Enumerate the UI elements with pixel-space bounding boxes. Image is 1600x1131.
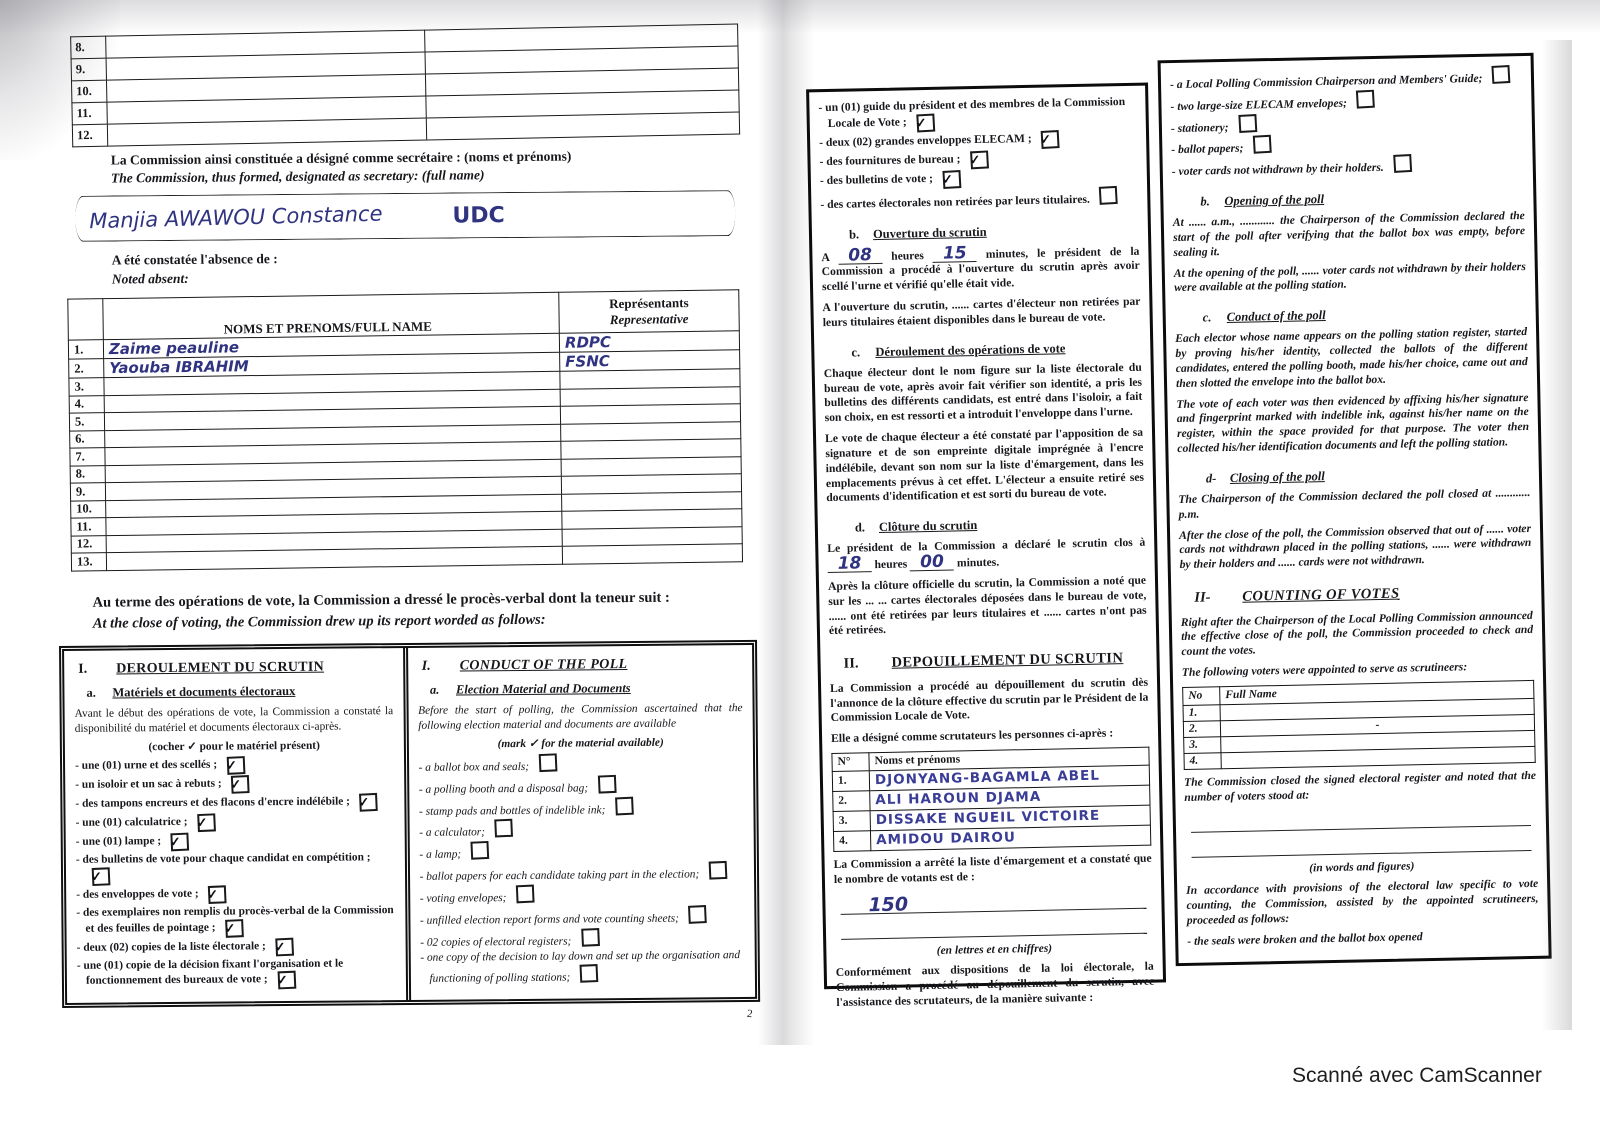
checklist-item: - un (01) guide du président et des memb… (818, 95, 1137, 134)
empty-cell (426, 112, 739, 140)
counting-paragraph1-en: Right after the Chairperson of the Local… (1181, 609, 1534, 661)
checklist-item: - une (01) urne et des scellés ; ✓ (75, 755, 394, 776)
scan-shadow-top (0, 0, 1600, 34)
mark-note-en: (mark ✓ for the material available) (418, 735, 743, 753)
closing-text-pre: Le président de la Commission a déclaré … (827, 536, 1145, 555)
row-number: 2. (1183, 721, 1220, 738)
hours-blank: 18 (827, 556, 871, 573)
scrutineers-table-en: No Full Name 1. 2. - (1182, 680, 1536, 770)
section-title-text: Déroulement des opérations de vote (875, 340, 1065, 360)
row-number: 6. (70, 430, 105, 448)
checklist-item-label: - un isoloir et un sac à rebuts ; (75, 777, 222, 790)
section-letter: d. (855, 519, 879, 535)
checkbox-icon (1492, 65, 1511, 84)
checkbox-icon (598, 775, 617, 794)
absent-members-table: NOMS ET PRENOMS/FULL NAME Représentants … (67, 289, 743, 571)
section-letter: c. (1203, 309, 1227, 325)
header-number: No (1183, 687, 1220, 706)
intro-paragraph-en: Before the start of polling, the Commiss… (418, 701, 743, 733)
checklist-item-label: - une (01) calculatrice ; (76, 816, 188, 829)
conform-paragraph-fr: Conformément aux dispositions de la loi … (836, 960, 1155, 1011)
voters-count-field: 150 (840, 887, 1146, 914)
checklist-item-label: - a lamp; (419, 849, 461, 861)
checkbox-icon: ✓ (359, 793, 378, 812)
row-number: 4. (1184, 753, 1221, 770)
checklist-item: - a lamp; (419, 839, 744, 863)
empty-cell (107, 118, 426, 146)
scrutineers-table-fr: N° Noms et prénoms 1. DJONYANG-BAGAMLA A… (831, 747, 1151, 852)
opening-paragraph2-fr: A l'ouverture du scrutin, ...... cartes … (822, 295, 1141, 331)
closing-text-word: heures (874, 558, 907, 572)
checklist-item-label: - des cartes électorales non retirées pa… (820, 193, 1090, 211)
row-number: 2. (833, 791, 870, 812)
subsection-title-fr: a. Matériels et documents électoraux (86, 682, 393, 701)
closing-heading-fr: d. Clôture du scrutin (855, 514, 1145, 536)
hours-blank: 08 (838, 248, 882, 265)
row-number: 8. (70, 465, 105, 483)
voters-count-field-en-2 (1191, 830, 1531, 858)
checklist-item: - des exemplaires non remplis du procès-… (76, 903, 395, 939)
checklist-item: - des enveloppes de vote ; ✓ (76, 884, 395, 905)
checklist-item-label: - une (01) lampe ; (76, 835, 162, 848)
section-title-text: DEROULEMENT DU SCRUTIN (116, 659, 324, 679)
header-representative-en: Representative (565, 310, 734, 328)
counting-paragraph2-en: The following voters were appointed to s… (1182, 659, 1534, 681)
minutes-blank: 15 (933, 246, 977, 263)
checklist-item-label: - un (01) guide du président et des memb… (818, 95, 1125, 130)
section-letter: b. (1200, 193, 1224, 209)
section-letter: c. (851, 344, 875, 360)
checklist-item: - a calculator; (419, 817, 744, 841)
checklist-item-label: - 02 copies of electoral registers; (420, 935, 571, 948)
minutes-handwritten: 00 (920, 552, 944, 572)
absent-representative-handwritten: RDPC (559, 331, 739, 353)
section-title-text: Ouverture du scrutin (873, 223, 987, 241)
checkbox-icon (471, 841, 490, 860)
checklist-item: - stamp pads and bottles of indelible in… (419, 796, 744, 820)
checkbox-icon: ✓ (277, 971, 296, 990)
report-intro: Au terme des opérations de vote, la Comm… (93, 587, 763, 633)
row-number: 5. (69, 413, 104, 431)
right-page-french-column: - un (01) guide du président et des memb… (806, 83, 1166, 990)
checkbox-icon: ✓ (197, 813, 216, 832)
counting-paragraph2-fr: Elle a désigné comme scrutateurs les per… (831, 726, 1149, 747)
conduct-paragraph2-fr: Le vote de chaque électeur a été constat… (825, 426, 1144, 507)
section-letter: d- (1206, 470, 1230, 486)
intro-paragraph-fr: Avant le début des opérations de vote, l… (75, 704, 394, 736)
checklist-item-label: - deux (02) copies de la liste électoral… (77, 940, 266, 954)
voters-count-field-2 (841, 912, 1147, 939)
poll-box-english-column: I. CONDUCT OF THE POLL a. Election Mater… (408, 645, 756, 1000)
checkbox-icon (1393, 154, 1412, 173)
left-page: 8. 9. 10. (38, 27, 767, 1028)
checklist-item-label: - des bulletins de vote ; (820, 172, 933, 187)
section-number: I. (422, 657, 460, 676)
checkbox-icon: ✓ (171, 832, 190, 851)
header-number: N° (832, 753, 869, 772)
row-number: 1. (1183, 705, 1220, 722)
row-number: 4. (833, 831, 870, 852)
row-number: 2. (69, 359, 104, 378)
header-representative: Représentants Representative (559, 290, 740, 334)
row-number: 7. (70, 448, 105, 466)
checklist-item: - ballot papers for each candidate takin… (419, 861, 744, 885)
row-number: 3. (1184, 737, 1221, 754)
row-number: 12. (72, 124, 107, 147)
material-checklist-en: - a ballot box and seals; - a polling bo… (419, 752, 745, 987)
subsection-title-text: Matériels et documents électoraux (112, 683, 295, 701)
section-title-text: COUNTING OF VOTES (1242, 585, 1400, 607)
voters-count-handwritten: 150 (868, 893, 908, 916)
checkbox-icon: ✓ (916, 113, 935, 132)
section-title-text: Conduct of the poll (1227, 307, 1326, 325)
right-page-english-column: - a Local Polling Commission Chairperson… (1158, 53, 1552, 966)
voters-count-field-en (1191, 805, 1531, 833)
checkbox-icon: ✓ (1041, 130, 1060, 149)
checklist-item-label: - stationery; (1171, 121, 1229, 135)
material-checklist-continued-fr: - un (01) guide du président et des memb… (818, 95, 1138, 213)
right-page: - un (01) guide du président et des memb… (794, 51, 1565, 1011)
header-full-name: NOMS ET PRENOMS/FULL NAME (103, 292, 560, 339)
closing-heading-en: d- Closing of the poll (1206, 464, 1530, 486)
row-number: 1. (68, 340, 103, 359)
closing-paragraph-fr: Le président de la Commission a déclaré … (827, 536, 1146, 574)
checkbox-icon (1356, 90, 1375, 109)
checkbox-icon: ✓ (942, 170, 961, 189)
words-and-figures-caption-fr: (en lettres et en chiffres) (835, 939, 1153, 960)
checklist-item-label: - voter cards not withdrawn by their hol… (1172, 161, 1384, 178)
seals-line-en: - the seals were broken and the ballot b… (1187, 928, 1539, 950)
checkbox-icon: ✓ (275, 937, 294, 956)
checklist-item: - une (01) calculatrice ; ✓ (75, 812, 394, 833)
opening-text-pre: A (821, 251, 829, 264)
mark-note-fr: (cocher ✓ pour le matériel présent) (75, 738, 394, 756)
section-title-fr: I. DEROULEMENT DU SCRUTIN (78, 658, 393, 679)
checklist-item-label: - une (01) copie de la décision fixant l… (77, 957, 344, 987)
row-number: 10. (71, 80, 106, 103)
opening-heading-fr: b. Ouverture du scrutin (849, 220, 1139, 242)
section-title-text: Closing of the poll (1230, 468, 1325, 486)
material-checklist-continued-en: - a Local Polling Commission Chairperson… (1170, 65, 1524, 180)
checklist-item-label: - une (01) urne et des scellés ; (75, 759, 217, 772)
checkbox-icon: ✓ (227, 756, 246, 775)
secretary-name-field: Manjia AWAWOU Constance UDC (75, 191, 735, 243)
scrutineer-name-handwritten: AMIDOU DAIROU (870, 825, 1150, 851)
subsection-title-en: a. Election Material and Documents (430, 679, 743, 698)
checkbox-icon (580, 964, 599, 983)
checklist-item-label: - des bulletins de vote pour chaque cand… (76, 851, 371, 866)
camscanner-watermark: Scanné avec CamScanner (1292, 1064, 1542, 1088)
checklist-item-label: - two large-size ELECAM envelopes; (1170, 96, 1347, 113)
poll-box-french-column: I. DEROULEMENT DU SCRUTIN a. Matériels e… (64, 648, 411, 1003)
material-checklist-fr: - une (01) urne et des scellés ; ✓ - un … (75, 755, 396, 991)
section-title-text: DEPOUILLEMENT DU SCRUTIN (891, 649, 1123, 672)
checklist-item: - voting envelopes; (420, 883, 745, 907)
counting-paragraph1-fr: La Commission a procédé au dépouillement… (830, 675, 1149, 726)
conduct-heading-en: c. Conduct of the poll (1203, 303, 1527, 325)
subsection-letter: a. (430, 682, 456, 698)
opening-text-word: heures (891, 249, 924, 263)
minutes-handwritten: 15 (943, 243, 967, 263)
row-number: 11. (72, 102, 107, 125)
checklist-item: - a ballot box and seals; (419, 752, 744, 776)
row-number: 4. (69, 395, 104, 413)
checkbox-icon (688, 905, 707, 924)
checkbox-icon (1238, 114, 1257, 133)
conduct-paragraph2-en: The vote of each voter was then evidence… (1176, 391, 1529, 457)
absent-representative-handwritten (562, 544, 742, 564)
closing-text-post: minutes. (957, 556, 999, 570)
checkbox-icon (494, 819, 513, 838)
accordance-paragraph-en: In accordance with provisions of the ele… (1186, 877, 1539, 929)
checkbox-icon (1099, 186, 1118, 205)
conduct-heading-fr: c. Déroulement des opérations de vote (851, 339, 1141, 361)
checkbox-icon: ✓ (970, 150, 989, 169)
voters-count-line-fr: La Commission a arrêté la liste d'émarge… (834, 852, 1153, 888)
row-number: 8. (71, 36, 106, 59)
absent-representative-handwritten: FSNC (560, 350, 740, 372)
checklist-item-label: - a polling booth and a disposal bag; (419, 782, 588, 795)
opening-paragraph-fr: A 08 heures 15 minutes, le président de … (821, 242, 1140, 295)
row-number: 10. (71, 500, 106, 518)
row-number: 9. (71, 58, 106, 81)
conduct-paragraph1-fr: Chaque électeur dont le nom figure sur l… (824, 361, 1143, 427)
checkbox-icon (516, 884, 535, 903)
checklist-item-label: - a ballot box and seals; (419, 761, 530, 774)
row-number: 13. (71, 553, 106, 571)
secretary-party-handwritten: UDC (452, 203, 504, 228)
hours-handwritten: 18 (838, 553, 862, 573)
section-number: I. (78, 660, 116, 679)
subsection-title-text: Election Material and Documents (456, 680, 631, 698)
row-number: 9. (70, 483, 105, 501)
absence-note: A été constatée l'absence de : Noted abs… (112, 246, 760, 288)
checkbox-icon: ✓ (231, 775, 250, 794)
checkbox-icon (615, 796, 634, 815)
row-number: 3. (833, 811, 870, 832)
section-title-text: Clôture du scrutin (879, 517, 978, 535)
row-number: 11. (71, 518, 106, 536)
section-letter: b. (849, 226, 873, 242)
checklist-item: - 02 copies of electoral registers; (420, 927, 745, 951)
section-title-text: CONDUCT OF THE POLL (460, 656, 628, 676)
subsection-letter: a. (86, 685, 112, 701)
checklist-item-label: - des fournitures de bureau ; (819, 152, 960, 168)
section-number: II- (1194, 588, 1242, 608)
checkbox-icon (709, 861, 728, 880)
checklist-item: - unfilled election report forms and vot… (420, 905, 745, 929)
conduct-paragraph1-en: Each elector whose name appears on the p… (1175, 325, 1528, 391)
section-title-text: Opening of the poll (1224, 191, 1324, 209)
secretary-name-handwritten: Manjia AWAWOU Constance (89, 202, 383, 234)
conduct-of-poll-box: I. DEROULEMENT DU SCRUTIN a. Matériels e… (59, 640, 760, 1008)
opening-heading-en: b. Opening of the poll (1200, 187, 1524, 209)
register-paragraph-en: The Commission closed the signed elector… (1184, 769, 1537, 806)
counting-heading-fr: II. DEPOUILLEMENT DU SCRUTIN (843, 649, 1147, 674)
members-table-continued: 8. 9. 10. (70, 24, 740, 148)
opening-paragraph1-en: At ...... a.m., ............ the Chairpe… (1173, 209, 1526, 261)
section-number: II. (843, 654, 891, 674)
row-number: 1. (832, 771, 869, 792)
checklist-item: - one copy of the decision to lay down a… (420, 948, 745, 986)
checkbox-icon: ✓ (225, 919, 244, 938)
checklist-item-label: - des tampons encreurs et des flacons d'… (75, 795, 350, 809)
checklist-item-label: - ballot papers for each candidate takin… (420, 868, 700, 882)
minutes-blank: 00 (910, 555, 954, 572)
row-number: 12. (71, 535, 106, 553)
checklist-item-label: - ballot papers; (1171, 142, 1243, 156)
scanned-election-report: 8. 9. 10. (0, 0, 1600, 1131)
counting-heading-en: II- COUNTING OF VOTES (1194, 582, 1532, 607)
section-title-en: I. CONDUCT OF THE POLL (422, 655, 743, 676)
checklist-item: - une (01) copie de la décision fixant l… (77, 956, 396, 992)
checklist-item: - deux (02) copies de la liste électoral… (77, 937, 396, 958)
closing-paragraph2-en: After the close of the poll, the Commiss… (1179, 521, 1532, 573)
checkbox-icon (581, 928, 600, 947)
checklist-item-label: - voting envelopes; (420, 892, 507, 905)
checkbox-icon (539, 753, 558, 772)
checklist-item-label: - des enveloppes de vote ; (76, 888, 199, 901)
secretary-designation: La Commission ainsi constituée a désigné… (111, 146, 759, 188)
checklist-item-label: - stamp pads and bottles of indelible in… (419, 804, 605, 818)
row-number: 3. (69, 378, 104, 396)
checklist-item: - des bulletins de vote pour chaque cand… (76, 850, 395, 886)
hours-handwritten: 08 (848, 245, 872, 265)
checklist-item: - un isoloir et un sac à rebuts ; ✓ (75, 774, 394, 795)
opening-paragraph2-en: At the opening of the poll, ...... voter… (1174, 260, 1527, 297)
checklist-item-label: - a calculator; (419, 827, 485, 840)
checkbox-icon (1253, 135, 1272, 154)
words-and-figures-caption-en: (in words and figures) (1186, 856, 1538, 878)
checkbox-icon: ✓ (208, 885, 227, 904)
closing-paragraph1-en: The Chairperson of the Commission declar… (1178, 486, 1531, 523)
checklist-item-label: - unfilled election report forms and vot… (420, 912, 679, 926)
header-empty (68, 299, 104, 340)
checkbox-icon: ✓ (92, 867, 111, 886)
checklist-item: - une (01) lampe ; ✓ (76, 831, 395, 852)
closing-paragraph2-fr: Après la clôture officielle du scrutin, … (828, 574, 1147, 640)
checklist-item: - des tampons encreurs et des flacons d'… (75, 793, 394, 814)
checklist-item: - a polling booth and a disposal bag; (419, 774, 744, 798)
checklist-item-label: - deux (02) grandes enveloppes ELECAM ; (819, 132, 1032, 149)
